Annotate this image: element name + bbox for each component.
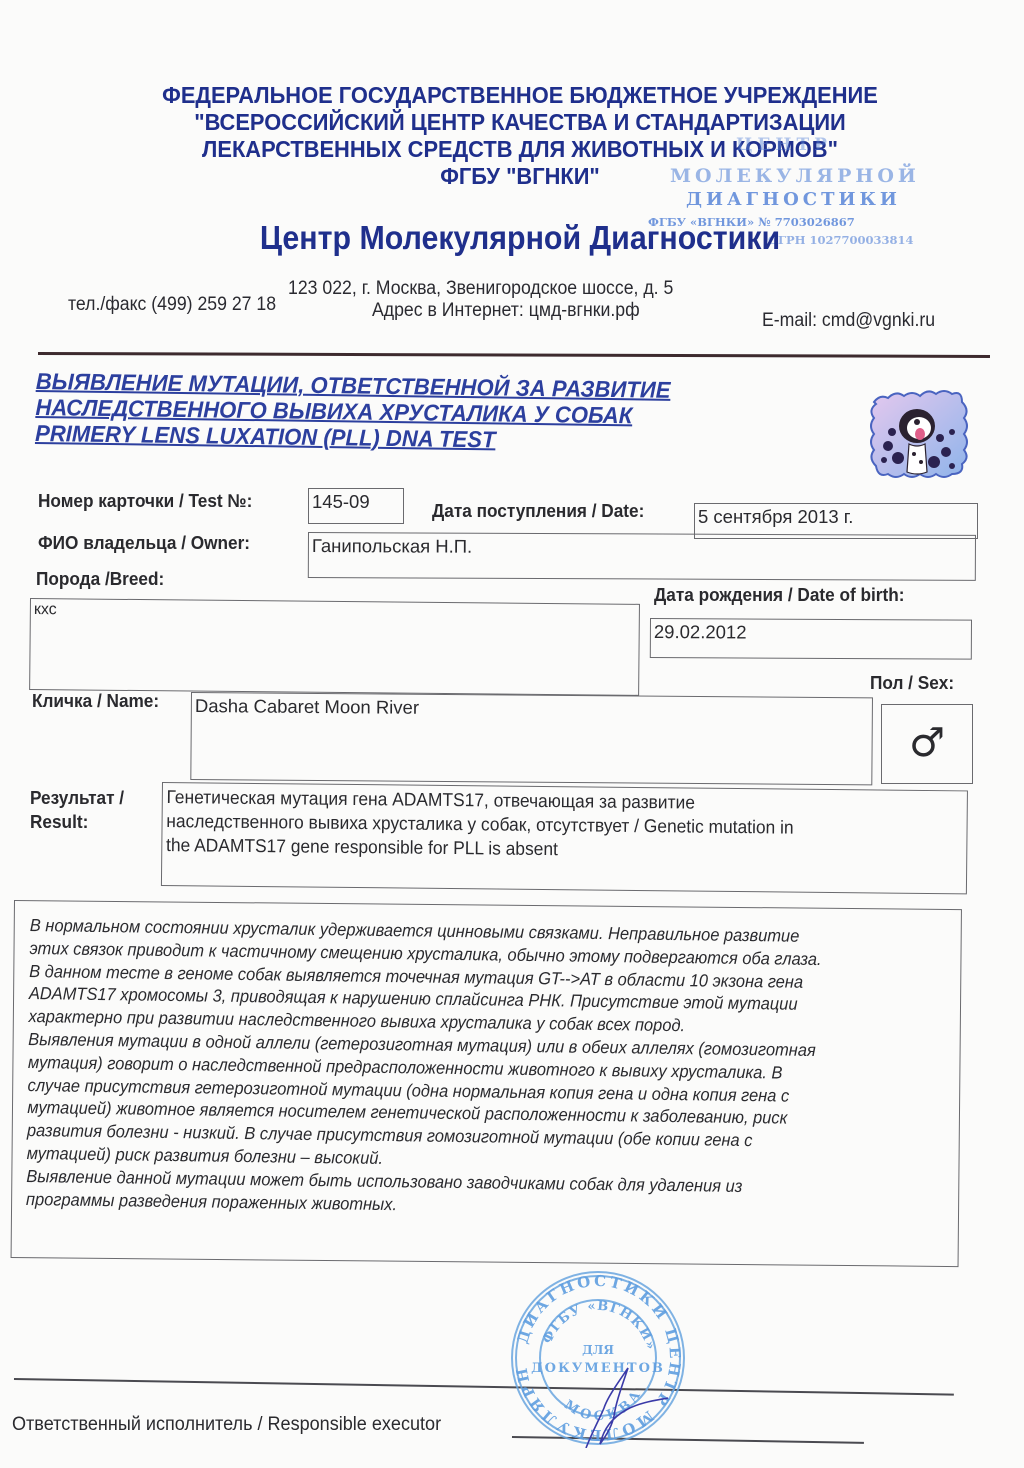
- breed-label: Порода /Breed:: [36, 568, 164, 590]
- owner-value: Ганипольская Н.П.: [309, 533, 975, 560]
- website: Адрес в Интернет: цмд-вгнки.рф: [372, 300, 640, 322]
- stamp-line: МОЛЕКУЛЯРНОЙ: [670, 165, 920, 187]
- sex-label: Пол / Sex:: [870, 672, 954, 694]
- name-label: Кличка / Name:: [32, 690, 159, 712]
- header-divider: [38, 352, 990, 358]
- dob-label: Дата рождения / Date of birth:: [654, 584, 904, 606]
- org-line: "ВСЕРОССИЙСКИЙ ЦЕНТР КАЧЕСТВА И СТАНДАРТ…: [36, 109, 1003, 136]
- executor-label: Ответственный исполнитель / Responsible …: [12, 1414, 441, 1436]
- dalmatian-puppy-icon: [862, 388, 972, 486]
- owner-field[interactable]: Ганипольская Н.П.: [308, 532, 976, 581]
- result-label-line: Result:: [30, 810, 124, 834]
- center-title: Центр Молекулярной Диагностики: [42, 218, 999, 258]
- stamp-line: ЦЕНТР: [736, 135, 832, 155]
- result-label: Результат / Result:: [30, 786, 124, 834]
- divider-line: [14, 1378, 954, 1395]
- sex-field[interactable]: ♂: [881, 704, 973, 784]
- name-field[interactable]: Dasha Cabaret Moon River: [190, 692, 873, 785]
- email: E-mail: cmd@vgnki.ru: [762, 310, 935, 332]
- phone: тел./факс (499) 259 27 18: [68, 294, 276, 316]
- dob-value: 29.02.2012: [651, 619, 971, 645]
- test-number-value: 145-09: [309, 489, 403, 513]
- test-title: ВЫЯВЛЕНИЕ МУТАЦИИ, ОТВЕТСТВЕННОЙ ЗА РАЗВ…: [35, 368, 671, 455]
- name-value: Dasha Cabaret Moon River: [192, 693, 872, 722]
- owner-label: ФИО владельца / Owner:: [38, 532, 250, 554]
- address: 123 022, г. Москва, Звенигородское шоссе…: [288, 278, 673, 300]
- result-field[interactable]: Генетическая мутация гена ADAMTS17, отве…: [161, 782, 968, 894]
- seal-middle-1: ДЛЯ: [582, 1343, 614, 1357]
- date-value: 5 сентября 2013 г.: [695, 504, 977, 528]
- seal-middle-2: ДОКУМЕНТОВ: [531, 1361, 665, 1376]
- stamp-line: ДИАГНОСТИКИ: [686, 189, 901, 210]
- test-number-field[interactable]: 145-09: [308, 488, 404, 524]
- result-label-line: Результат /: [30, 786, 124, 810]
- note-text: В нормальном состоянии хрусталик удержив…: [26, 914, 932, 1223]
- official-seal-icon: ДИАГНОСТИКИ ЦЕНТР МОЛЕКУЛЯРНОЙ ФГБУ «ВГН…: [508, 1268, 688, 1448]
- date-label: Дата поступления / Date:: [432, 500, 644, 522]
- breed-value: кхс: [31, 599, 639, 625]
- breed-field[interactable]: кхс: [29, 598, 640, 696]
- dob-field[interactable]: 29.02.2012: [650, 618, 972, 660]
- org-line: ФЕДЕРАЛЬНОЕ ГОСУДАРСТВЕННОЕ БЮДЖЕТНОЕ УЧ…: [36, 82, 1003, 109]
- result-value: Генетическая мутация гена ADAMTS17, отве…: [162, 783, 918, 865]
- test-number-label: Номер карточки / Test №:: [38, 490, 252, 512]
- male-symbol-icon: ♂: [882, 705, 972, 781]
